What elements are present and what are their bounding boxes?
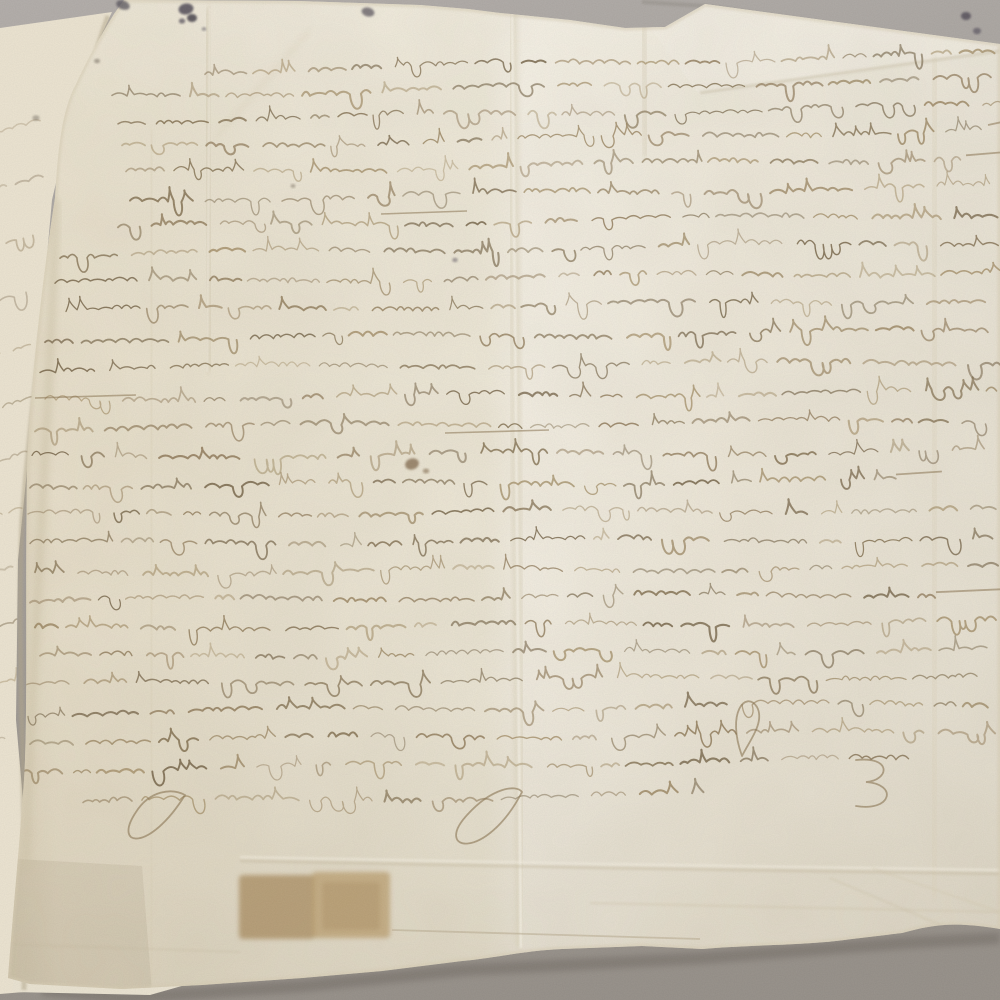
photo-of-manuscript: photograph of a handwritten manuscript l… bbox=[0, 0, 1000, 1000]
manuscript-photo: photograph of a handwritten manuscript l… bbox=[0, 0, 1000, 1000]
photo-grain-light bbox=[0, 0, 1000, 1000]
